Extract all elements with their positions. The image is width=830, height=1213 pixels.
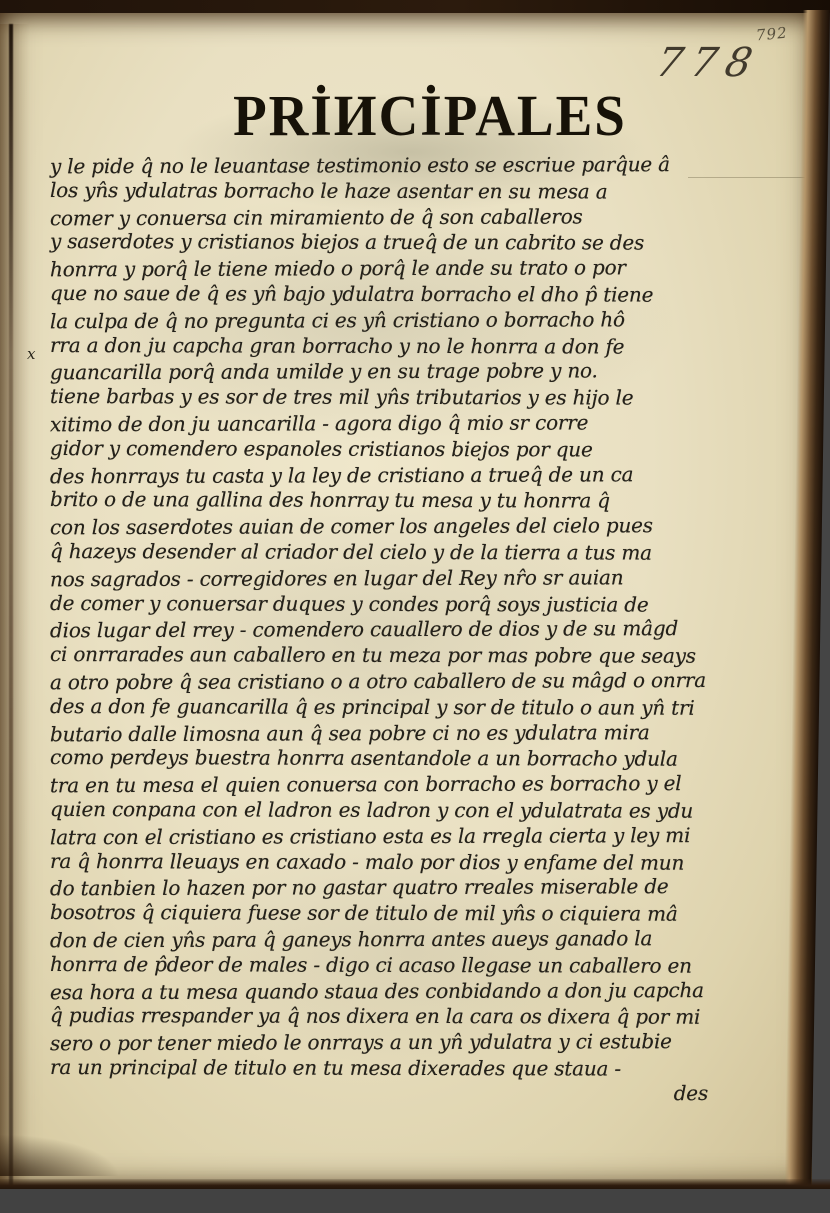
manuscript-line: dios lugar del rrey - comendero caualler… xyxy=(50,616,798,644)
page-title: PRİИCİPALES xyxy=(24,82,830,148)
manuscript-line: brito o de una gallina des honrray tu me… xyxy=(50,487,798,515)
manuscript-line: con los saserdotes auian de comer los an… xyxy=(50,513,798,541)
manuscript-page-number: 778 xyxy=(652,40,765,86)
manuscript-line: esa hora a tu mesa quando staua des conb… xyxy=(50,977,798,1005)
manuscript-line: do tanbien lo hazen por no gastar quatro… xyxy=(50,874,798,902)
manuscript-line: que no saue de q̂ es yn̂ bajo ydulatra b… xyxy=(50,281,798,309)
manuscript-line: des a don fe guancarilla q̂ es principal… xyxy=(50,694,798,722)
bottom-left-corner-shadow xyxy=(0,1134,120,1176)
manuscript-line: q̂ hazeys desender al criador del cielo … xyxy=(50,539,798,567)
manuscript-line: la culpa de q̂ no pregunta ci es yn̂ cri… xyxy=(50,306,798,334)
manuscript-line: rra a don ju capcha gran borracho y no l… xyxy=(50,333,798,361)
manuscript-line: guancarilla porq̂ anda umilde y en su tr… xyxy=(50,358,798,386)
manuscript-line: honrra y porq̂ le tiene miedo o porq̂ le… xyxy=(50,255,798,283)
manuscript-line: a otro pobre q̂ sea cristiano o a otro c… xyxy=(50,668,798,696)
manuscript-line: ci onrrarades aun caballero en tu meza p… xyxy=(50,642,798,670)
gutter-shadow xyxy=(0,24,30,1202)
manuscript-line: quien conpana con el ladron es ladron y … xyxy=(50,797,798,825)
manuscript-line: latra con el cristiano es cristiano esta… xyxy=(50,822,798,850)
manuscript-line: xitimo de don ju uancarilla - agora digo… xyxy=(50,410,798,438)
manuscript-photo: 792 778 PRİИCİPALES x y le pide q̂ no le… xyxy=(0,0,830,1213)
manuscript-line: sero o por tener miedo le onrrays a un y… xyxy=(50,1029,798,1057)
manuscript-line: q̂ pudias rrespander ya q̂ nos dixera en… xyxy=(50,1003,798,1031)
manuscript-text-block: y le pide q̂ no le leuantase testimonio … xyxy=(50,153,798,1107)
manuscript-line: tra en tu mesa el quien conuersa con bor… xyxy=(50,771,798,799)
manuscript-line: honrra de p̂deor de males - digo ci acas… xyxy=(50,952,798,980)
manuscript-line: como perdeys buestra honrra asentandole … xyxy=(50,745,798,773)
catchword: des xyxy=(50,1080,798,1108)
manuscript-line: ra q̂ honrra lleuays en caxado - malo po… xyxy=(50,849,798,877)
scan-backdrop xyxy=(0,1189,830,1213)
manuscript-line: bosotros q̂ ciquiera fuese sor de titulo… xyxy=(50,900,798,928)
manuscript-line: y saserdotes y cristianos biejos a trueq… xyxy=(50,229,798,257)
book-top-edge xyxy=(0,0,830,13)
gutter-crease xyxy=(9,24,13,1202)
manuscript-line: ra un principal de titulo en tu mesa dix… xyxy=(50,1055,798,1083)
manuscript-line: des honrrays tu casta y la ley de cristi… xyxy=(50,461,798,489)
manuscript-page: 792 778 PRİИCİPALES x y le pide q̂ no le… xyxy=(0,12,812,1190)
manuscript-line: comer y conuersa cin miramiento de q̂ so… xyxy=(50,203,798,231)
manuscript-line: los yn̂s ydulatras borracho le haze asen… xyxy=(50,178,798,206)
manuscript-line: tiene barbas y es sor de tres mil yn̂s t… xyxy=(50,384,798,412)
manuscript-line: don de cien yn̂s para q̂ ganeys honrra a… xyxy=(50,926,798,954)
manuscript-line: butario dalle limosna aun q̂ sea pobre c… xyxy=(50,719,798,747)
manuscript-line: de comer y conuersar duques y condes por… xyxy=(50,591,798,619)
manuscript-line: gidor y comendero espanoles cristianos b… xyxy=(50,436,798,464)
manuscript-line: nos sagrados - corregidores en lugar del… xyxy=(50,564,798,592)
manuscript-line: y le pide q̂ no le leuantase testimonio … xyxy=(50,152,798,180)
